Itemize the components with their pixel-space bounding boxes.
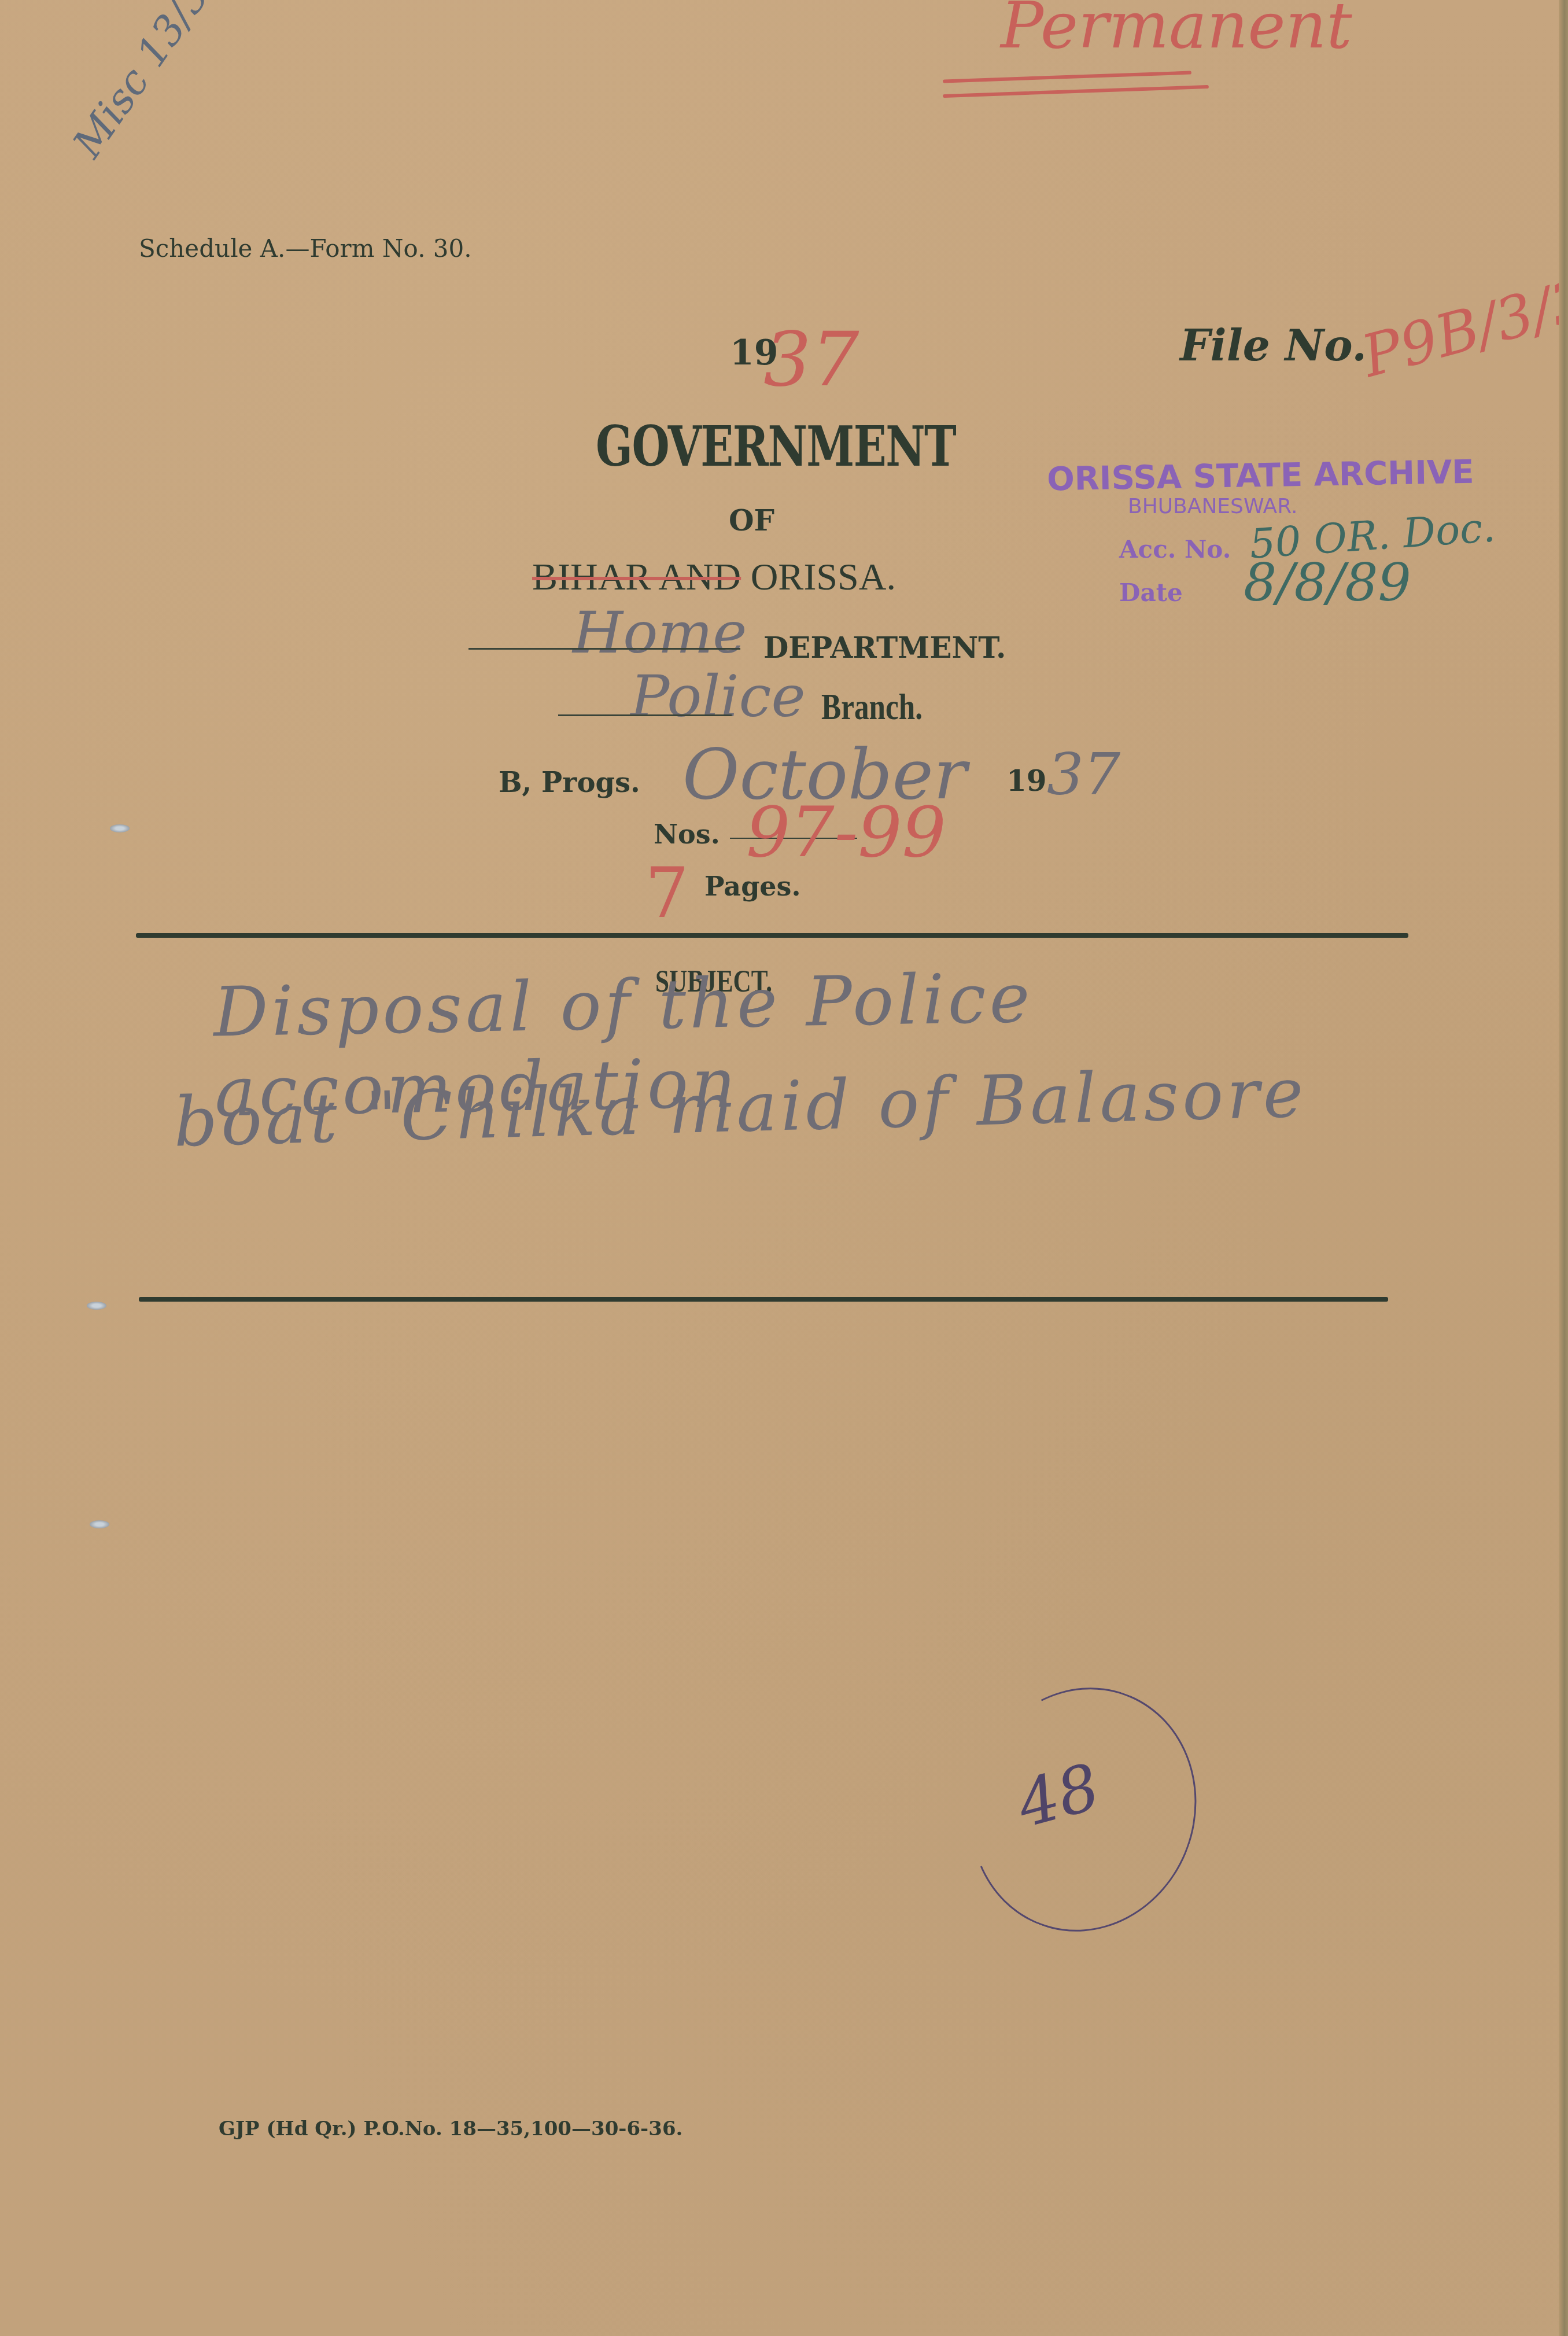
progs-label: B, Progs. — [499, 767, 640, 799]
permanent-underline-2 — [943, 85, 1209, 98]
government-title: GOVERNMENT — [596, 414, 955, 479]
file-no-label: File No. — [1180, 321, 1367, 371]
bottom-divider — [139, 1297, 1388, 1302]
department-strike — [468, 648, 740, 650]
misc-reference: Misc 13/38 — [64, 0, 233, 166]
nos-handwritten: 97-99 — [746, 793, 946, 873]
progs-year-handwritten: 37 — [1047, 740, 1120, 808]
pages-handwritten: 7 — [645, 853, 689, 934]
pages-label: Pages. — [704, 871, 801, 902]
archive-date-label: Date — [1119, 579, 1183, 607]
province-struck: BIHAR AND — [532, 556, 741, 598]
department-handwritten: Home — [573, 599, 747, 666]
punch-hole-top — [110, 824, 130, 832]
nos-label: Nos. — [654, 819, 720, 850]
printer-imprint: GJP (Hd Qr.) P.O.No. 18—35,100—30-6-36. — [219, 2117, 682, 2140]
permanent-underline-1 — [943, 71, 1191, 83]
top-divider — [136, 933, 1408, 938]
paper-edge — [1559, 0, 1568, 2336]
archive-date-value: 8/8/89 — [1244, 552, 1411, 613]
department-label: DEPARTMENT. — [763, 631, 1006, 665]
schedule-label: Schedule A.—Form No. 30. — [139, 234, 472, 263]
archive-stamp-title: ORISSA STATE ARCHIVE — [1046, 454, 1474, 499]
permanent-annotation: Permanent — [1001, 0, 1352, 62]
branch-handwritten: Police — [630, 662, 806, 730]
branch-strike — [558, 714, 732, 716]
archive-stamp-city: BHUBANESWAR. — [1128, 495, 1297, 518]
year-handwritten: 37 — [763, 315, 859, 403]
progs-year-prefix: 19 — [1006, 764, 1047, 798]
punch-hole-middle — [87, 1302, 106, 1310]
of-label: OF — [729, 503, 774, 537]
branch-label: Branch. — [821, 686, 923, 728]
province-line: BIHAR AND ORISSA. — [532, 555, 896, 599]
province: ORISSA. — [751, 556, 896, 598]
file-no-handwritten: P9B/3/37 — [1355, 256, 1568, 390]
archive-acc-label: Acc. No. — [1119, 535, 1231, 563]
punch-hole-bottom — [90, 1520, 109, 1528]
